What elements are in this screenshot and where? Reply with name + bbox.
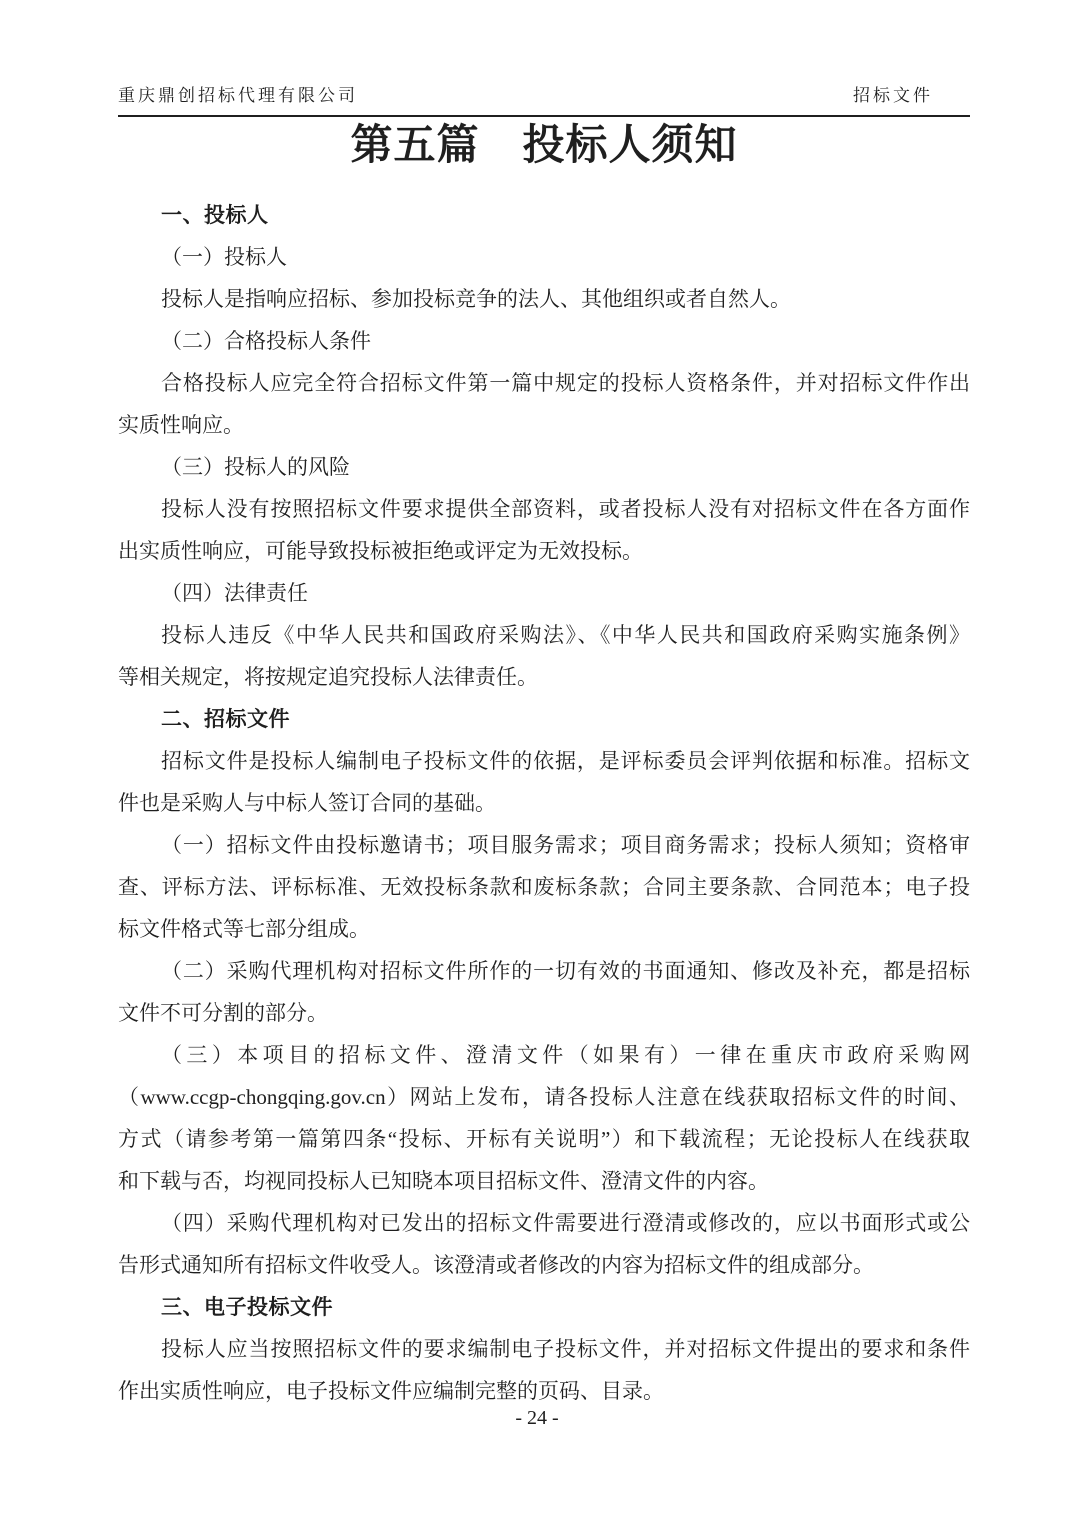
text-line: 实质性响应。 — [118, 404, 970, 446]
text-line: 投标人是指响应招标、参加投标竞争的法人、其他组织或者自然人。 — [118, 278, 970, 320]
text-line: （三）投标人的风险 — [118, 446, 970, 488]
section-heading: 一、投标人 — [118, 194, 970, 236]
text-line: 文件不可分割的部分。 — [118, 992, 970, 1034]
text-line: （一）投标人 — [118, 236, 970, 278]
section-heading: 三、电子投标文件 — [118, 1286, 970, 1328]
header-company-name: 重庆鼎创招标代理有限公司 — [118, 84, 358, 108]
text-line: （www.ccgp-chongqing.gov.cn）网站上发布，请各投标人注意… — [118, 1076, 970, 1118]
text-line: 查、评标方法、评标标准、无效投标条款和废标条款；合同主要条款、合同范本；电子投 — [118, 866, 970, 908]
text-line: （二）采购代理机构对招标文件所作的一切有效的书面通知、修改及补充，都是招标 — [118, 950, 970, 992]
document-page: 重庆鼎创招标代理有限公司 招标文件 第五篇 投标人须知 一、投标人（一）投标人投… — [0, 0, 1074, 1520]
text-line: 方式（请参考第一篇第四条“投标、开标有关说明”）和下载流程；无论投标人在线获取 — [118, 1118, 970, 1160]
section-heading: 二、招标文件 — [118, 698, 970, 740]
text-line: 投标人应当按照招标文件的要求编制电子投标文件，并对招标文件提出的要求和条件 — [118, 1328, 970, 1370]
text-line: （三）本项目的招标文件、澄清文件（如果有）一律在重庆市政府采购网 — [118, 1034, 970, 1076]
text-line: 招标文件是投标人编制电子投标文件的依据，是评标委员会评判依据和标准。招标文 — [118, 740, 970, 782]
text-line: 和下载与否，均视同投标人已知晓本项目招标文件、澄清文件的内容。 — [118, 1160, 970, 1202]
text-line: 投标人没有按照招标文件要求提供全部资料，或者投标人没有对招标文件在各方面作 — [118, 488, 970, 530]
text-line: 投标人违反《中华人民共和国政府采购法》、《中华人民共和国政府采购实施条例》 — [118, 614, 970, 656]
text-line: 告形式通知所有招标文件收受人。该澄清或者修改的内容为招标文件的组成部分。 — [118, 1244, 970, 1286]
text-line: 等相关规定，将按规定追究投标人法律责任。 — [118, 656, 970, 698]
page-title: 第五篇 投标人须知 — [118, 120, 970, 172]
text-line: 出实质性响应，可能导致投标被拒绝或评定为无效投标。 — [118, 530, 970, 572]
page-number: - 24 - — [0, 1406, 1074, 1430]
header-rule — [118, 115, 970, 117]
text-line: （四）法律责任 — [118, 572, 970, 614]
text-line: （二）合格投标人条件 — [118, 320, 970, 362]
text-line: 标文件格式等七部分组成。 — [118, 908, 970, 950]
text-line: （一）招标文件由投标邀请书；项目服务需求；项目商务需求；投标人须知；资格审 — [118, 824, 970, 866]
text-line: 件也是采购人与中标人签订合同的基础。 — [118, 782, 970, 824]
text-line: 合格投标人应完全符合招标文件第一篇中规定的投标人资格条件，并对招标文件作出 — [118, 362, 970, 404]
document-body: 一、投标人（一）投标人投标人是指响应招标、参加投标竞争的法人、其他组织或者自然人… — [118, 194, 970, 1412]
header-doc-label: 招标文件 — [853, 84, 970, 108]
page-header: 重庆鼎创招标代理有限公司 招标文件 — [118, 84, 970, 108]
text-line: （四）采购代理机构对已发出的招标文件需要进行澄清或修改的，应以书面形式或公 — [118, 1202, 970, 1244]
